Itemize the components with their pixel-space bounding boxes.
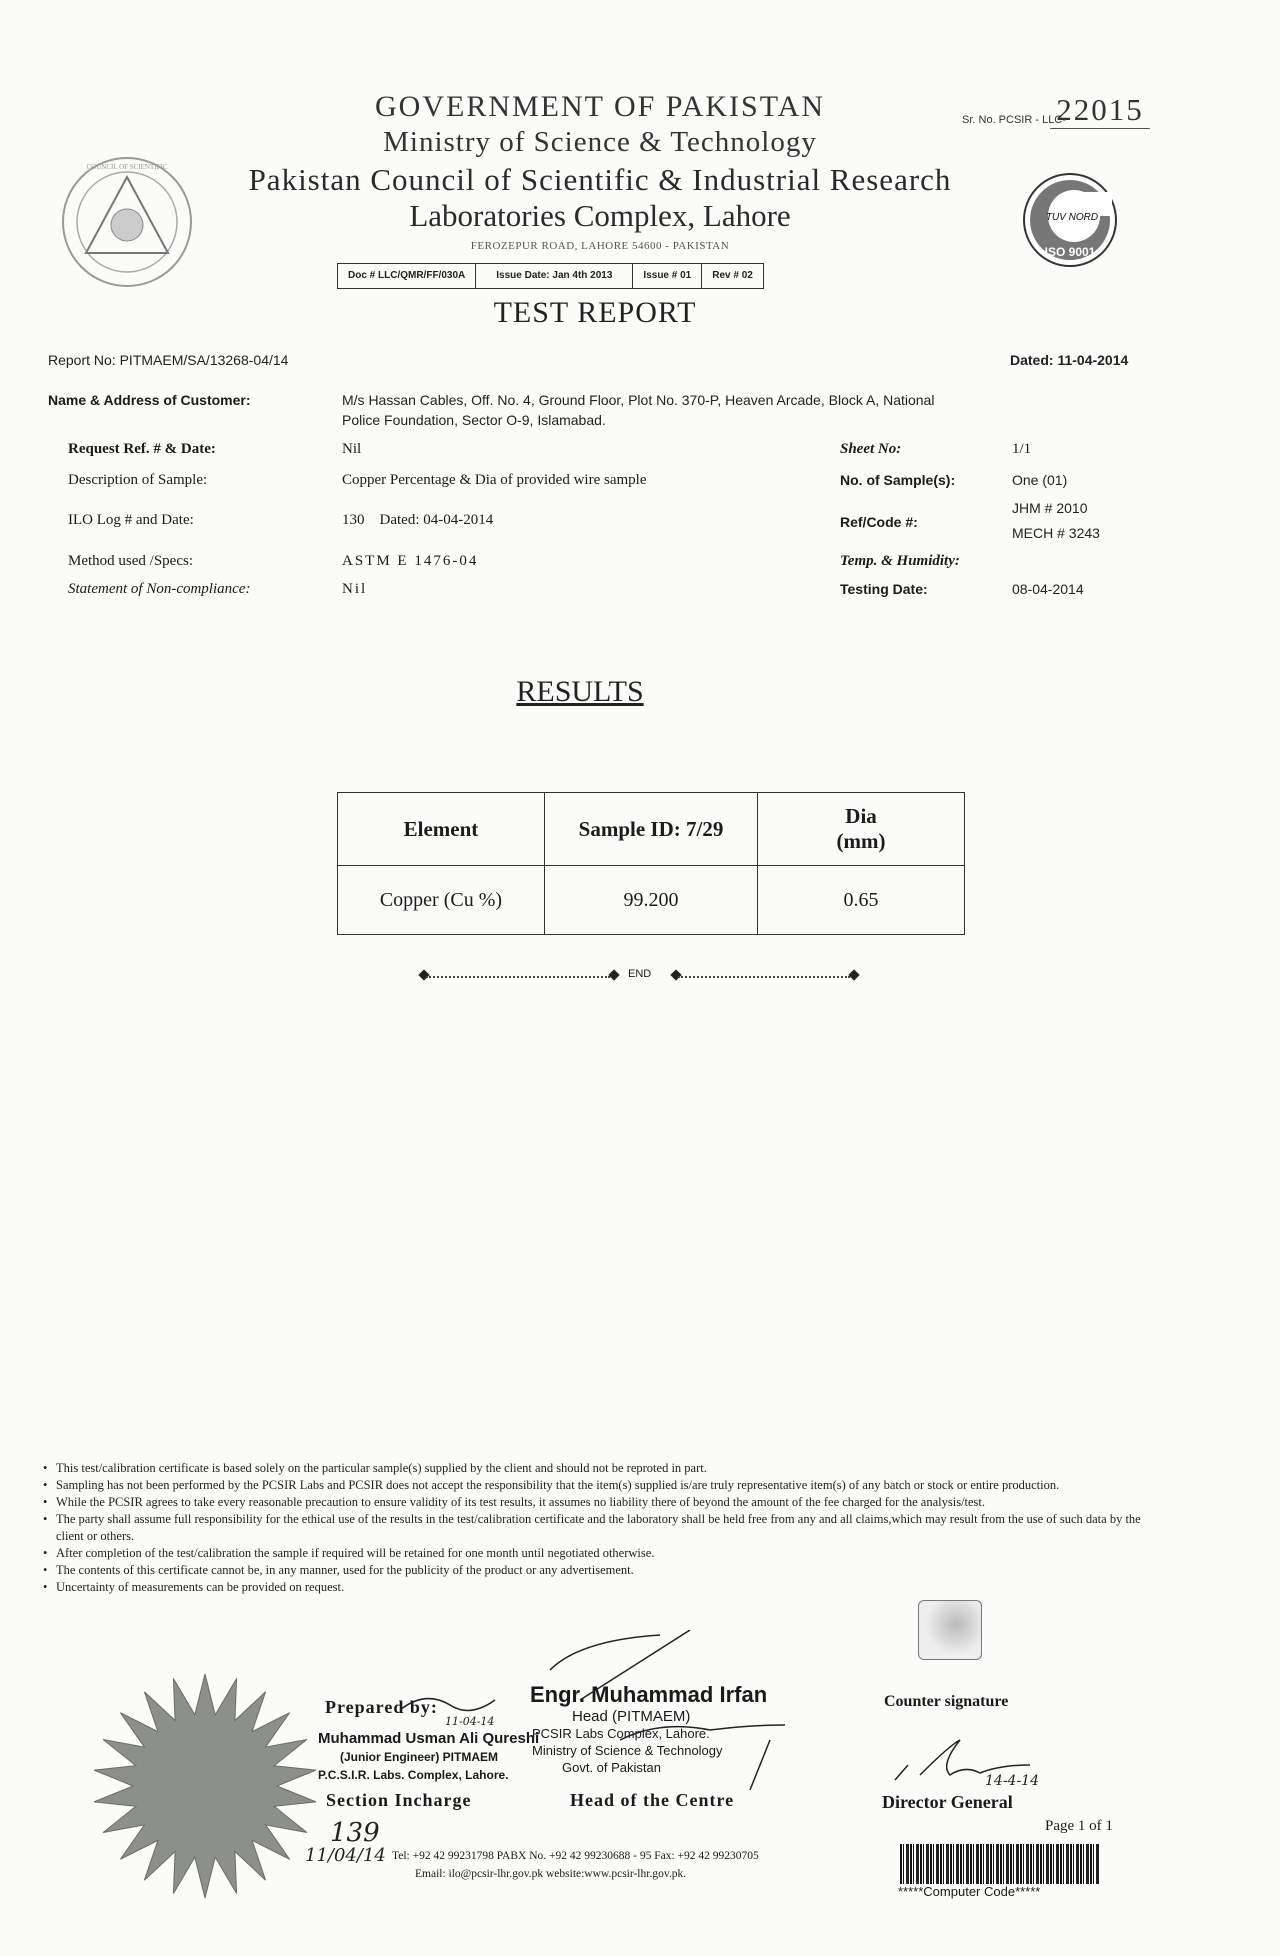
diamond-icon: [608, 969, 619, 980]
iso-9001-logo: TUV NORD ISO 9001: [1022, 172, 1118, 268]
samples-label: No. of Sample(s):: [840, 472, 955, 488]
ref-code-value-2: MECH # 3243: [1012, 525, 1100, 541]
terms-list: This test/calibration certificate is bas…: [40, 1460, 1170, 1596]
handwritten-log-number: 139: [330, 1818, 380, 1848]
diamond-icon: [418, 969, 429, 980]
document-control-box: Doc # LLC/QMR/FF/030A Issue Date: Jan 4t…: [337, 263, 764, 289]
ilo-log-label: ILO Log # and Date:: [68, 512, 194, 529]
customer-label: Name & Address of Customer:: [48, 392, 251, 408]
note-item: Uncertainty of measurements can be provi…: [40, 1579, 1170, 1596]
testing-date-label: Testing Date:: [840, 581, 928, 597]
diamond-icon: [848, 969, 859, 980]
diamond-icon: [670, 969, 681, 980]
issue-date: Issue Date: Jan 4th 2013: [476, 264, 633, 288]
note-item: After completion of the test/calibration…: [40, 1545, 1170, 1562]
customer-value: M/s Hassan Cables, Off. No. 4, Ground Fl…: [342, 392, 934, 408]
director-general-label: Director General: [882, 1792, 1013, 1813]
customer-value-line2: Police Foundation, Sector O-9, Islamabad…: [342, 412, 606, 428]
director-date-handwritten: 14-4-14: [985, 1773, 1039, 1789]
note-item: While the PCSIR agrees to take every rea…: [40, 1494, 1170, 1511]
starburst-seal: [85, 1668, 325, 1903]
barcode-label: *****Computer Code*****: [898, 1884, 1040, 1899]
director-signature: [890, 1735, 1070, 1795]
results-table: Element Sample ID: 7/29 Dia(mm) Copper (…: [337, 792, 965, 935]
cell-element: Copper (Cu %): [338, 866, 545, 935]
temp-humidity-label: Temp. & Humidity:: [840, 553, 960, 570]
footer-email-web: Email: ilo@pcsir-lhr.gov.pk website:www.…: [415, 1868, 686, 1880]
report-number: Report No: PITMAEM/SA/13268-04/14: [48, 352, 288, 368]
note-item: The contents of this certificate cannot …: [40, 1562, 1170, 1579]
page-number: Page 1 of 1: [1045, 1818, 1113, 1835]
table-row: Copper (Cu %) 99.200 0.65: [338, 866, 965, 935]
report-title: TEST REPORT: [0, 296, 1190, 330]
col-element: Element: [338, 793, 545, 866]
thumbprint-stamp: [918, 1600, 982, 1660]
col-sample-id: Sample ID: 7/29: [544, 793, 757, 866]
handwritten-log-date: 11/04/14: [305, 1845, 386, 1866]
cell-sample: 99.200: [544, 866, 757, 935]
header-lab: Laboratories Complex, Lahore: [0, 198, 1160, 234]
col-dia: Dia(mm): [758, 793, 965, 866]
note-item: The party shall assume full responsibili…: [40, 1511, 1170, 1545]
rev-number: Rev # 02: [702, 264, 763, 288]
serial-number: 22015: [1050, 92, 1150, 129]
results-heading: RESULTS: [0, 675, 1160, 709]
table-header-row: Element Sample ID: 7/29 Dia(mm): [338, 793, 965, 866]
description-label: Description of Sample:: [68, 472, 207, 489]
note-item: This test/calibration certificate is bas…: [40, 1460, 1170, 1477]
doc-number: Doc # LLC/QMR/FF/030A: [338, 264, 476, 288]
footer-contact: Tel: +92 42 99231798 PABX No. +92 42 992…: [392, 1850, 759, 1862]
samples-value: One (01): [1012, 472, 1067, 488]
ref-code-value-1: JHM # 2010: [1012, 500, 1087, 516]
report-date: Dated: 11-04-2014: [1010, 352, 1128, 368]
header-council: Pakistan Council of Scientific & Industr…: [0, 162, 1160, 198]
counter-signature-label: Counter signature: [884, 1693, 1008, 1711]
ref-code-label: Ref/Code #:: [840, 514, 918, 530]
ilo-log-value: 130 Dated: 04-04-2014: [342, 512, 493, 529]
svg-text:ISO 9001: ISO 9001: [1045, 245, 1096, 259]
header-ministry: Ministry of Science & Technology: [0, 126, 1160, 159]
sheet-no-label: Sheet No:: [840, 441, 901, 458]
issue-number: Issue # 01: [633, 264, 702, 288]
header-address: FEROZEPUR ROAD, LAHORE 54600 - PAKISTAN: [0, 240, 1160, 252]
sheet-no-value: 1/1: [1012, 441, 1031, 458]
barcode: [900, 1844, 1100, 1884]
testing-date-value: 08-04-2014: [1012, 581, 1084, 597]
note-item: Sampling has not been performed by the P…: [40, 1477, 1170, 1494]
description-value: Copper Percentage & Dia of provided wire…: [342, 472, 646, 489]
request-ref-label: Request Ref. # & Date:: [68, 441, 216, 458]
svg-text:TUV NORD: TUV NORD: [1046, 212, 1098, 223]
request-ref-value: Nil: [342, 441, 361, 458]
noncompliance-value: Nil: [342, 581, 367, 598]
method-value: ASTM E 1476-04: [342, 553, 478, 570]
end-marker: END: [420, 968, 860, 984]
noncompliance-label: Statement of Non-compliance:: [68, 581, 250, 598]
cell-dia: 0.65: [758, 866, 965, 935]
method-label: Method used /Specs:: [68, 553, 193, 570]
signature-scribbles: [330, 1630, 810, 1800]
